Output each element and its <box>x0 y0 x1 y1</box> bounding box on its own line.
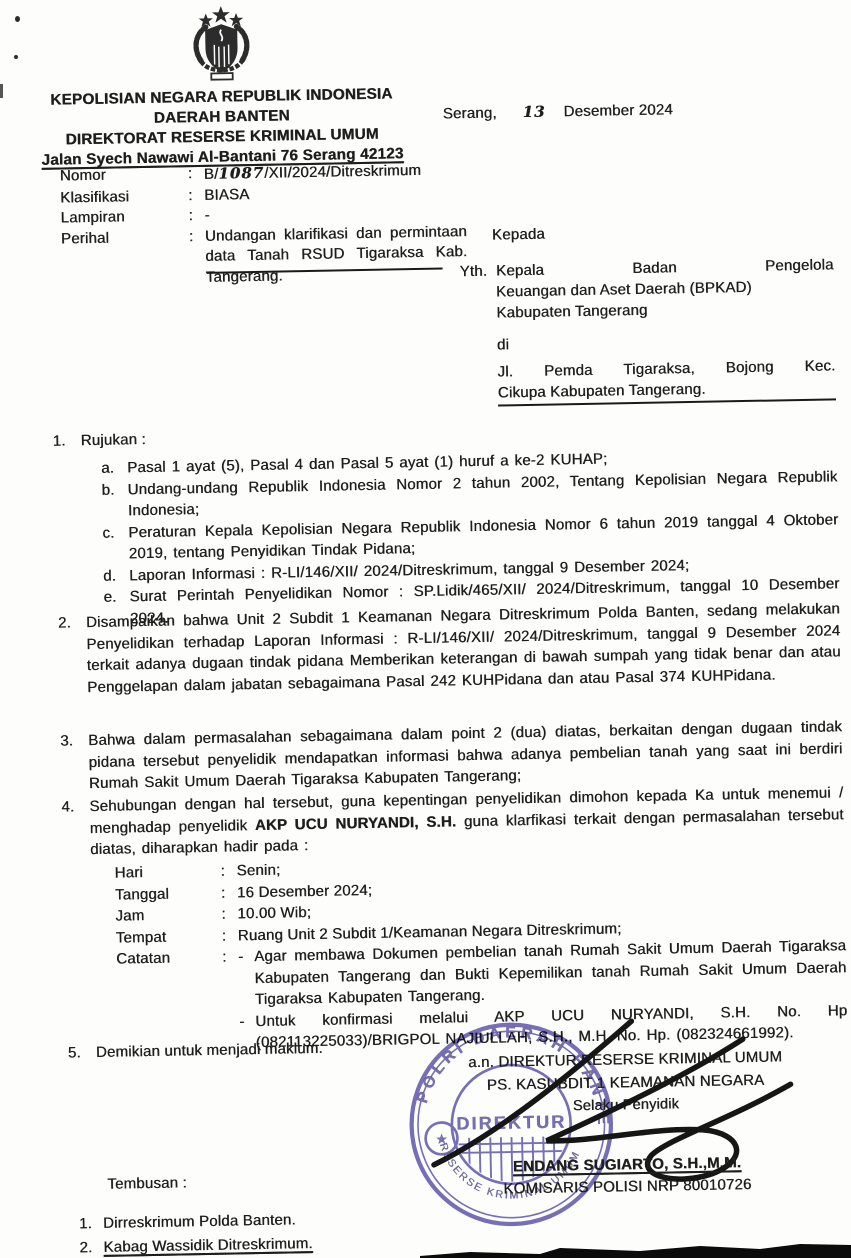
kepada-label: Kepada <box>492 224 545 246</box>
scanned-letter-page: KEPOLISIAN NEGARA REPUBLIK INDONESIA DAE… <box>0 0 851 1258</box>
detail-label: Hari <box>114 861 220 884</box>
section-5-number: 5. <box>68 1042 96 1064</box>
colon: : <box>221 903 237 925</box>
colon: : <box>188 164 204 186</box>
date-month-year: Desember 2024 <box>563 101 673 120</box>
tembusan-title: Tembusan : <box>107 1172 187 1194</box>
colon: : <box>188 206 204 227</box>
detail-label: Jam <box>115 904 221 927</box>
nomor-prefix: B/ <box>204 166 219 183</box>
colon: : <box>189 226 206 288</box>
lampiran-label: Lampiran <box>60 206 188 229</box>
section-1: 1. Rujukan : <box>52 425 352 452</box>
ref-letter: a. <box>101 457 127 479</box>
section-1-title: Rujukan : <box>80 425 352 451</box>
colon: : <box>221 882 237 904</box>
section-2-number: 2. <box>58 612 88 698</box>
dateline: Serang,13Desember 2024 <box>443 99 674 124</box>
scan-artifact-edge <box>0 84 3 98</box>
colon: : <box>188 185 204 206</box>
colon: : <box>220 860 236 882</box>
date-city: Serang, <box>443 105 497 123</box>
nomor-label: Nomor <box>60 164 188 188</box>
letter-content: KEPOLISIAN NEGARA REPUBLIK INDONESIA DAE… <box>0 0 851 1258</box>
section-1-number: 1. <box>52 430 80 452</box>
di-label: di <box>497 328 835 355</box>
section-4: 4. Sehubungan dengan hal tersebut, guna … <box>61 782 844 861</box>
colon: : <box>222 925 238 947</box>
ref-letter: b. <box>101 479 128 522</box>
perihal-value: Undangan klarifikasi dan permintaan data… <box>205 222 468 288</box>
klasifikasi-label: Klasifikasi <box>60 186 188 209</box>
detail-label: Tanggal <box>115 882 221 905</box>
section-2-text: Disampaikan bahwa Unit 2 Subdit 1 Keaman… <box>86 598 841 698</box>
section-3-number: 3. <box>60 730 89 795</box>
section-3: 3. Bahwa dalam permasalahan sebagaimana … <box>60 716 843 795</box>
scan-artifact-dot <box>15 16 20 22</box>
perihal-label: Perihal <box>61 227 190 291</box>
investigator-name: AKP UCU NURYANDI, S.H. <box>255 813 457 834</box>
meta-row-perihal: Perihal : Undangan klarifikasi dan permi… <box>61 221 474 290</box>
ref-letter: c. <box>102 522 129 565</box>
tembusan-text: Dirreskrimum Polda Banten. <box>103 1208 296 1236</box>
nomor-suffix: /XII/2024/Ditreskrimum <box>264 162 421 182</box>
nomor-handwritten: 1087 <box>218 164 264 183</box>
section-4-number: 4. <box>61 796 90 861</box>
bullet-dash: - <box>238 946 255 1011</box>
colon: : <box>222 946 240 1054</box>
section-2: 2. Disampaikan bahwa Unit 2 Subdit 1 Kea… <box>58 598 841 698</box>
section-3-text: Bahwa dalam permasalahan sebagaimana dal… <box>88 716 843 794</box>
section-4-text: Sehubungan dengan hal tersebut, guna kep… <box>89 782 844 860</box>
scan-artifact-bottom-bar <box>0 1242 851 1258</box>
date-day-handwritten: 13 <box>522 103 545 121</box>
letterhead: KEPOLISIAN NEGARA REPUBLIK INDONESIA DAE… <box>16 84 427 171</box>
tembusan-num: 1. <box>79 1212 103 1236</box>
ref-letter: d. <box>103 565 129 587</box>
detail-label: Tempat <box>116 925 222 948</box>
scan-artifact-dot <box>14 55 18 59</box>
polri-emblem-icon <box>175 5 268 89</box>
recipient-address2: Cikupa Kabupaten Tangerang. <box>498 376 836 406</box>
recipient-block: Yth. Kepala Badan Pengelola Keuangan dan… <box>459 254 836 407</box>
signer-block: ENDANG SUGIARTO, S.H.,M.M. KOMISARIS POL… <box>412 1150 843 1202</box>
yth-prefix: Yth. <box>459 261 487 283</box>
